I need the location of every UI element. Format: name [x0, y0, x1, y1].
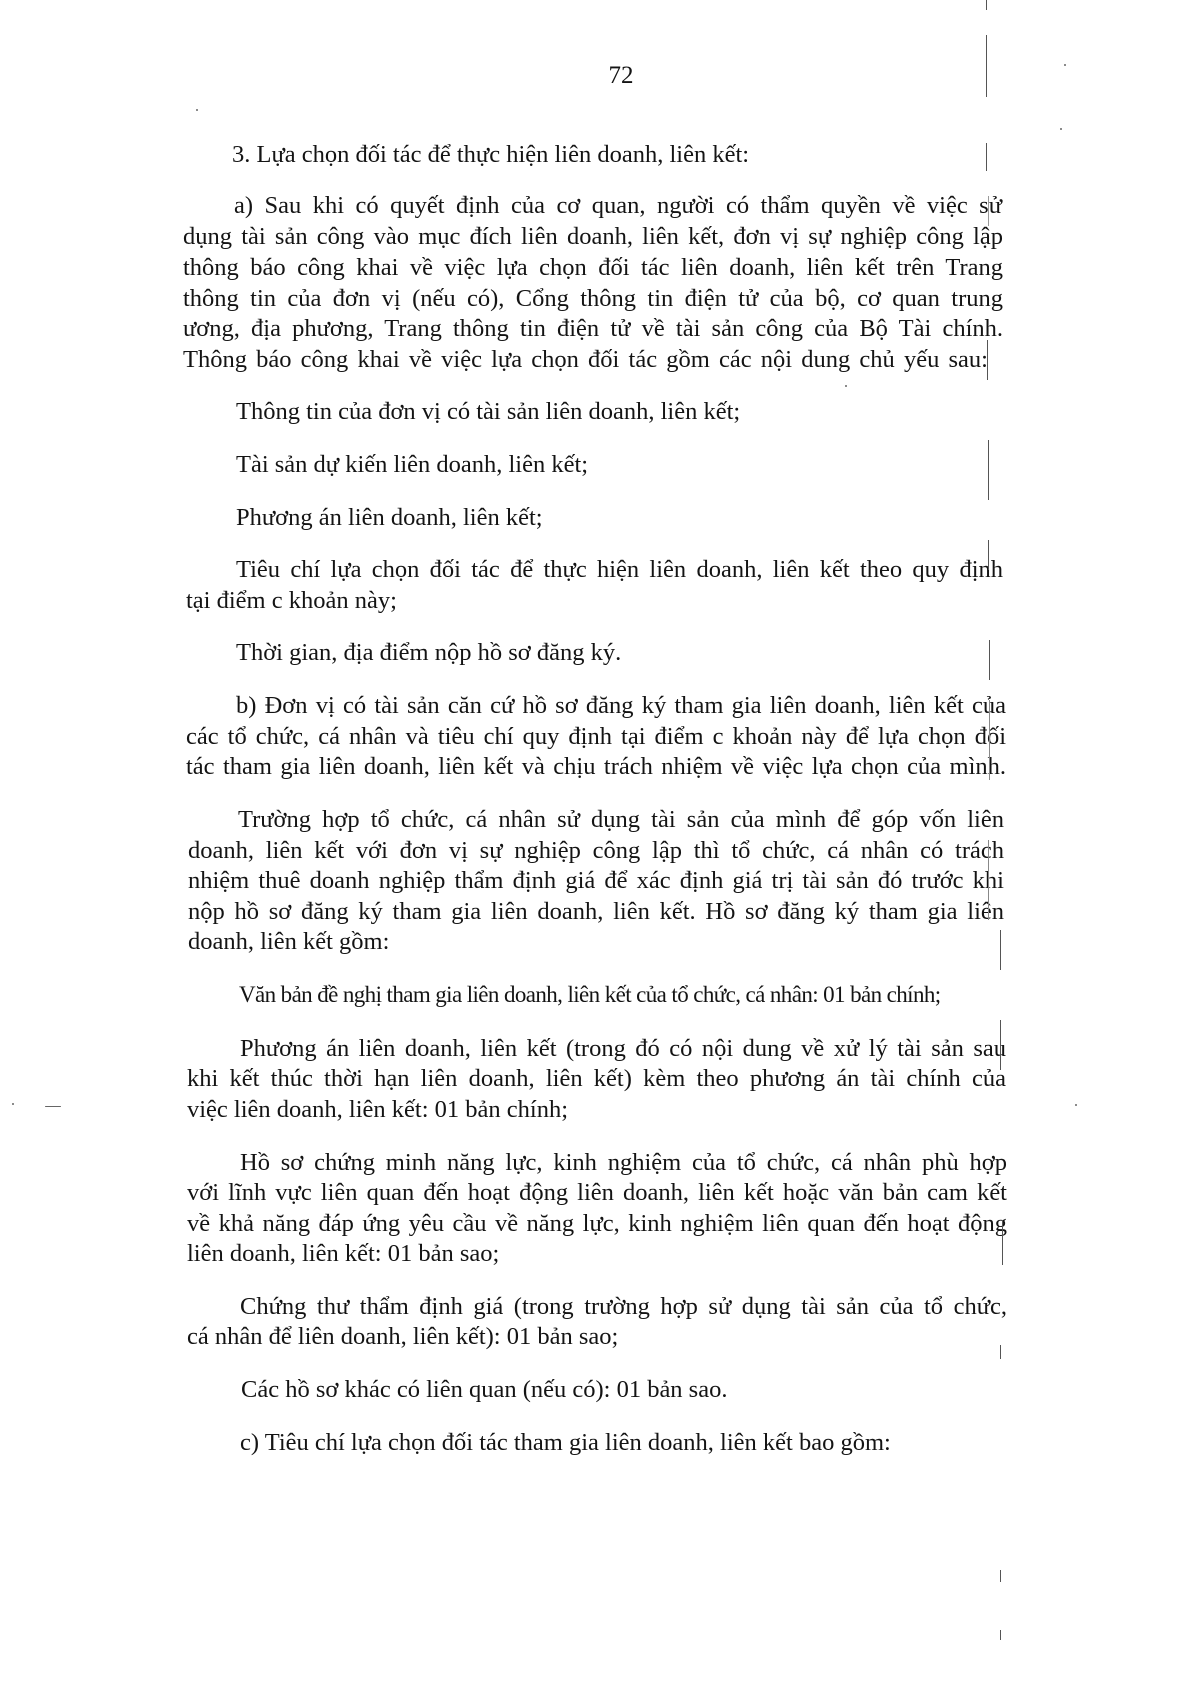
scan-speck — [196, 109, 198, 111]
paragraph-line: doanh, liên kết với đơn vị sự nghiệp côn… — [188, 836, 1004, 866]
paragraph-line: việc liên doanh, liên kết: 01 bản chính; — [187, 1095, 568, 1125]
paragraph-line: các tổ chức, cá nhân và tiêu chí quy địn… — [186, 722, 1006, 752]
scan-speck — [1075, 1104, 1077, 1106]
paragraph-line: b) Đơn vị có tài sản căn cứ hồ sơ đăng k… — [236, 691, 1006, 721]
document-page: 72 3. Lựa chọn đối tác để thực hiện liên… — [0, 0, 1202, 1694]
scan-speck — [12, 1103, 14, 1105]
notice-item-assets: Tài sản dự kiến liên doanh, liên kết; — [236, 450, 588, 480]
scan-margin-mark — [1000, 1570, 1001, 1582]
section-heading: 3. Lựa chọn đối tác để thực hiện liên do… — [232, 140, 749, 170]
paragraph-line: nộp hồ sơ đăng ký tham gia liên doanh, l… — [188, 897, 1004, 927]
paragraph-line: về khả năng đáp ứng yêu cầu về năng lực,… — [187, 1209, 1007, 1239]
paragraph-line: khi kết thúc thời hạn liên doanh, liên k… — [187, 1064, 1006, 1094]
scan-margin-mark — [986, 143, 987, 171]
scan-margin-mark — [987, 340, 988, 380]
scan-margin-mark — [986, 35, 987, 97]
scan-margin-mark — [988, 440, 989, 500]
scan-margin-mark — [1000, 930, 1001, 970]
scan-margin-mark — [988, 196, 989, 226]
paragraph-line: tại điểm c khoản này; — [186, 586, 397, 616]
paragraph-line: a) Sau khi có quyết định của cơ quan, ng… — [234, 191, 1002, 221]
paragraph-line: Chứng thư thẩm định giá (trong trường hợ… — [240, 1292, 1007, 1322]
paragraph-line: Phương án liên doanh, liên kết (trong đó… — [240, 1034, 1006, 1064]
paragraph-c: c) Tiêu chí lựa chọn đối tác tham gia li… — [240, 1428, 891, 1458]
paragraph-line: thông báo công khai về việc lựa chọn đối… — [183, 253, 1003, 283]
scan-speck — [45, 1106, 61, 1107]
paragraph-line: Tiêu chí lựa chọn đối tác để thực hiện l… — [236, 555, 1003, 585]
paragraph-line: Thông báo công khai về việc lựa chọn đối… — [183, 345, 988, 375]
scan-margin-mark — [1000, 1630, 1001, 1640]
paragraph-line: Trường hợp tổ chức, cá nhân sử dụng tài … — [238, 805, 1004, 835]
scan-speck — [1064, 64, 1066, 66]
notice-item-time-place: Thời gian, địa điểm nộp hồ sơ đăng ký. — [236, 638, 621, 668]
paragraph-line: với lĩnh vực liên quan đến hoạt động liê… — [187, 1178, 1007, 1208]
scan-margin-mark — [1000, 1020, 1001, 1070]
scan-margin-mark — [986, 0, 987, 10]
paragraph-line: nhiệm thuê doanh nghiệp thẩm định giá để… — [188, 866, 1004, 896]
paragraph-line: ương, địa phương, Trang thông tin điện t… — [183, 314, 1003, 344]
dossier-item-other: Các hồ sơ khác có liên quan (nếu có): 01… — [241, 1375, 727, 1405]
paragraph-line: dụng tài sản công vào mục đích liên doan… — [183, 222, 1003, 252]
scan-margin-mark — [988, 840, 989, 920]
paragraph-line: tác tham gia liên doanh, liên kết và chị… — [186, 752, 1006, 782]
paragraph-line: cá nhân để liên doanh, liên kết): 01 bản… — [187, 1322, 618, 1352]
scan-speck — [1060, 128, 1062, 130]
scan-speck — [845, 385, 847, 387]
scan-margin-mark — [989, 700, 990, 780]
paragraph-line: doanh, liên kết gồm: — [188, 927, 389, 957]
paragraph-line: liên doanh, liên kết: 01 bản sao; — [187, 1239, 499, 1269]
notice-item-plan: Phương án liên doanh, liên kết; — [236, 503, 543, 533]
scan-margin-mark — [1002, 1220, 1003, 1265]
scan-margin-mark — [1000, 1345, 1001, 1359]
scan-margin-mark — [988, 540, 989, 570]
page-number: 72 — [0, 62, 1202, 90]
paragraph-line: Hồ sơ chứng minh năng lực, kinh nghiệm c… — [240, 1148, 1007, 1178]
notice-item-unit-info: Thông tin của đơn vị có tài sản liên doa… — [236, 397, 740, 427]
scan-margin-mark — [989, 640, 990, 680]
paragraph-line: thông tin của đơn vị (nếu có), Cổng thôn… — [183, 284, 1003, 314]
dossier-item-request-letter: Văn bản đề nghị tham gia liên doanh, liê… — [239, 980, 941, 1010]
